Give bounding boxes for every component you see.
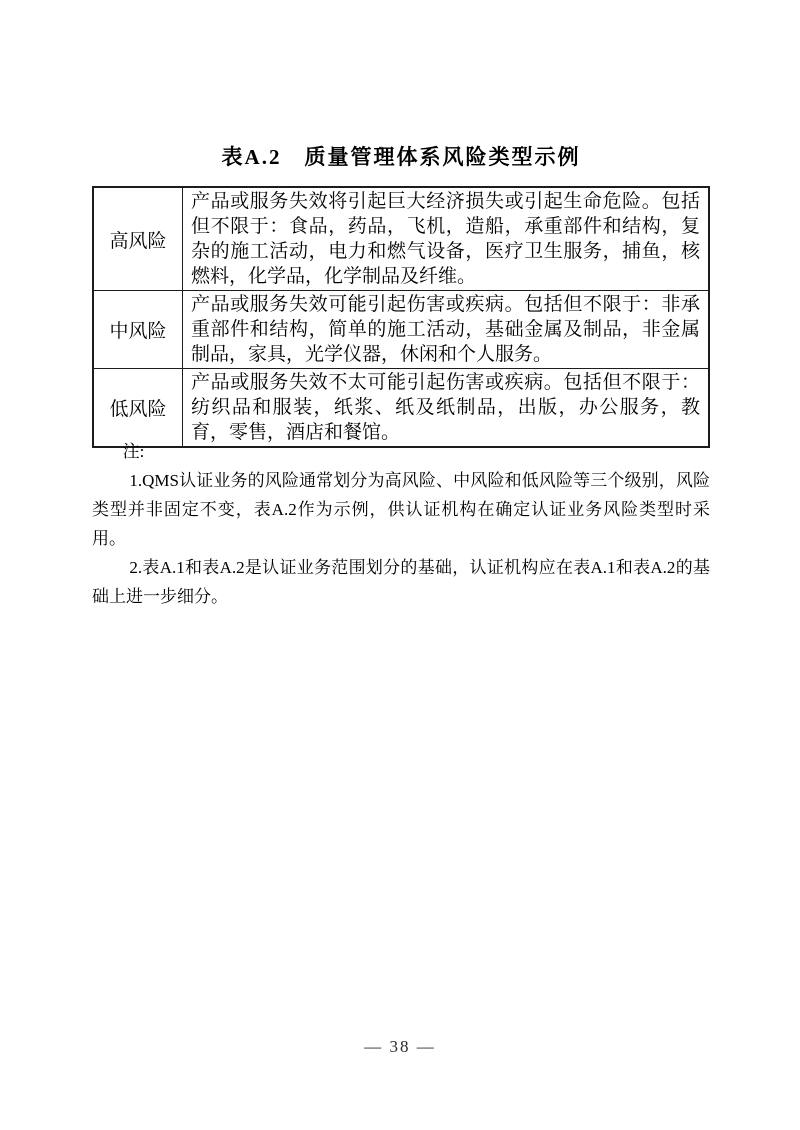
table-row-medium-risk: 中风险 产品或服务失效可能引起伤害或疾病。包括但不限于：非承重部件和结构，简单的… [93,291,709,369]
notes-section: 注: 1.QMS认证业务的风险通常划分为高风险、中风险和低风险等三个级别，风险类… [92,437,710,611]
table-title: 表A.2 质量管理体系风险类型示例 [92,141,710,171]
notes-heading: 注: [92,437,710,466]
page-number: — 38 — [0,1037,800,1057]
note-item-1: 1.QMS认证业务的风险通常划分为高风险、中风险和低风险等三个级别，风险类型并非… [92,466,710,553]
note-item-2: 2.表A.1和表A.2是认证业务范围划分的基础，认证机构应在表A.1和表A.2的… [92,553,710,611]
risk-level-label: 中风险 [93,291,183,369]
risk-level-label: 高风险 [93,187,183,291]
document-page: 表A.2 质量管理体系风险类型示例 高风险 产品或服务失效将引起巨大经济损失或引… [0,0,800,1130]
table-row-high-risk: 高风险 产品或服务失效将引起巨大经济损失或引起生命危险。包括但不限于：食品，药品… [93,187,709,291]
risk-description: 产品或服务失效可能引起伤害或疾病。包括但不限于：非承重部件和结构，简单的施工活动… [183,291,710,369]
risk-description: 产品或服务失效不太可能引起伤害或疾病。包括但不限于：纺织品和服装，纸浆、纸及纸制… [183,369,710,448]
risk-description: 产品或服务失效将引起巨大经济损失或引起生命危险。包括但不限于：食品，药品，飞机，… [183,187,710,291]
risk-level-label: 低风险 [93,369,183,448]
risk-type-table: 高风险 产品或服务失效将引起巨大经济损失或引起生命危险。包括但不限于：食品，药品… [92,186,710,448]
table-row-low-risk: 低风险 产品或服务失效不太可能引起伤害或疾病。包括但不限于：纺织品和服装，纸浆、… [93,369,709,448]
